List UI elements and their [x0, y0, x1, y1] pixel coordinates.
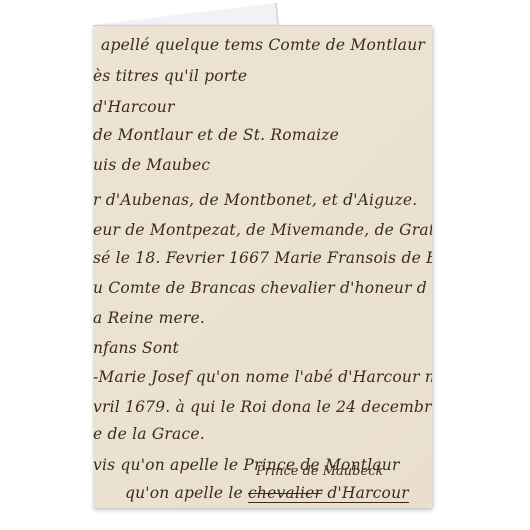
- manuscript-line: de Montlaur et de St. Romaize: [93, 126, 339, 144]
- final-line-prefix: qu'on apelle le: [125, 484, 243, 502]
- manuscript-line: eur de Montpezat, de Mivemande, de Grate…: [93, 221, 432, 239]
- manuscript-line: sé le 18. Fevrier 1667 Marie Fransois de…: [93, 249, 432, 267]
- manuscript-line: apellé quelque tems Comte de Montlaur: [101, 36, 425, 54]
- manuscript-line: u Comte de Brancas chevalier d'honeur d: [93, 279, 427, 297]
- manuscript-line: vril 1679. à qui le Roi dona le 24 decem…: [93, 398, 432, 416]
- manuscript-line: nfans Sont: [93, 339, 179, 357]
- corrected-phrase: chevalier d'Harcour: [248, 484, 409, 503]
- manuscript-final-line: qu'on apelle le chevalier d'Harcour: [125, 484, 409, 502]
- final-line-suffix: d'Harcour: [327, 484, 409, 502]
- manuscript-line: e de la Grace.: [93, 425, 205, 443]
- interlinear-insertion: Prince de Maubeck: [256, 464, 383, 479]
- manuscript-card: apellé quelque tems Comte de Montlaur ès…: [93, 25, 432, 508]
- manuscript-line: -Marie Josef qu'on nome l'abé d'Harcour …: [93, 368, 432, 386]
- manuscript-line: ès titres qu'il porte: [93, 67, 247, 85]
- struck-word: chevalier: [248, 484, 322, 502]
- manuscript-line: d'Harcour: [93, 98, 175, 116]
- manuscript-line: a Reine mere.: [93, 309, 205, 327]
- manuscript-line: r d'Aubenas, de Montbonet, et d'Aiguze.: [93, 191, 417, 209]
- manuscript-line: uis de Maubec: [93, 156, 210, 174]
